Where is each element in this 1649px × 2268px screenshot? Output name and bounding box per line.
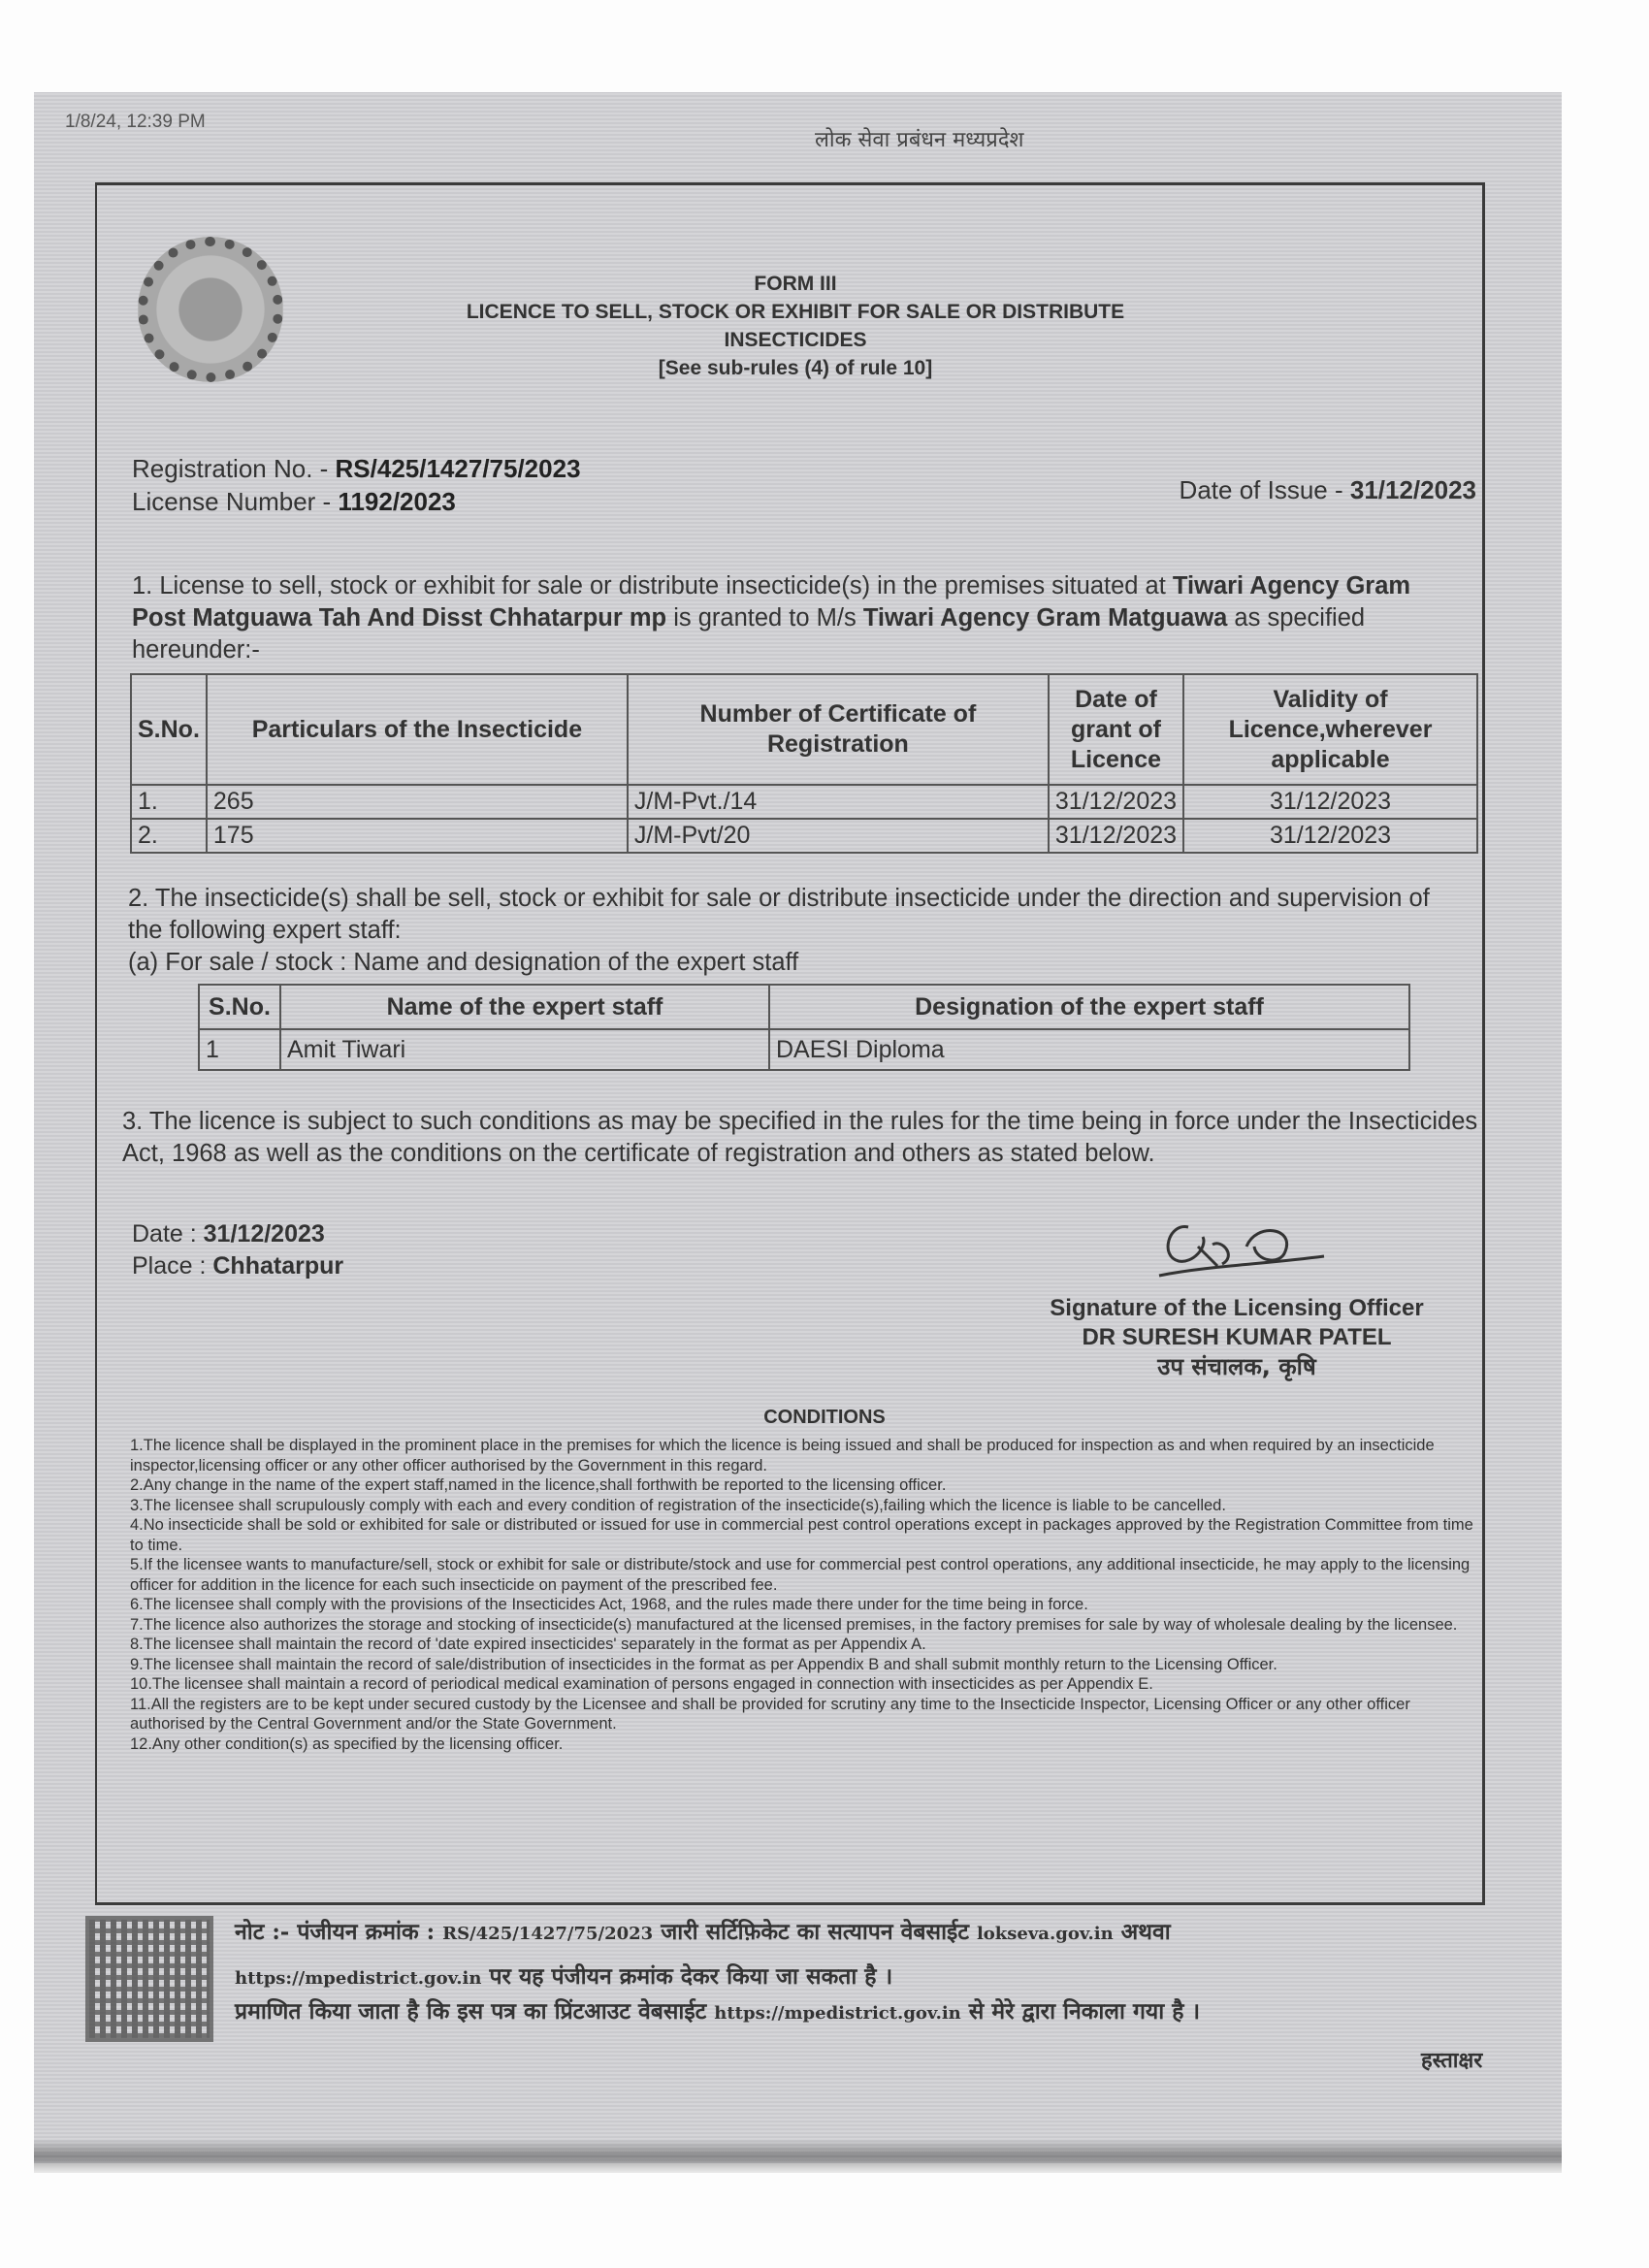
place-label: Place : bbox=[132, 1252, 212, 1280]
cell-staff-name: Amit Tiwari bbox=[280, 1029, 769, 1070]
date-place-block: Date : 31/12/2023 Place : Chhatarpur bbox=[132, 1218, 343, 1282]
date-value: 31/12/2023 bbox=[204, 1220, 325, 1247]
rule-reference: [See sub-rules (4) of rule 10] bbox=[369, 354, 1222, 382]
condition-item: 4.No insecticide shall be sold or exhibi… bbox=[130, 1515, 1488, 1555]
col-particulars: Particulars of the Insecticide bbox=[207, 674, 628, 785]
cell-designation: DAESI Diploma bbox=[769, 1029, 1409, 1070]
section-2-text: 2. The insecticide(s) shall be sell, sto… bbox=[128, 883, 1467, 979]
licensee-name: Tiwari Agency Gram Matguawa bbox=[863, 604, 1228, 632]
section-3-line1: 3. The licence is subject to such condit… bbox=[122, 1106, 1500, 1138]
section-1-intro: 1. License to sell, stock or exhibit for… bbox=[132, 572, 1173, 599]
note-line2: पर यह पंजीयन क्रमांक देकर किया जा सकता ह… bbox=[481, 1963, 892, 1990]
registration-label: Registration No. - bbox=[132, 454, 336, 483]
cell-particulars: 265 bbox=[207, 785, 628, 819]
section-1-mid: is granted to M/s bbox=[666, 604, 863, 632]
conditions-list: 1.The licence shall be displayed in the … bbox=[130, 1436, 1488, 1754]
signature-block: Signature of the Licensing Officer DR SU… bbox=[1009, 1294, 1465, 1381]
cell-certificate: J/M-Pvt/20 bbox=[628, 819, 1049, 853]
date-label: Date : bbox=[132, 1220, 204, 1247]
form-title-block: FORM III LICENCE TO SELL, STOCK OR EXHIB… bbox=[369, 270, 1222, 382]
col-validity: Validity of Licence,wherever applicable bbox=[1183, 674, 1477, 785]
handwritten-signature-icon bbox=[1149, 1217, 1334, 1285]
cert-text-end: से मेरे द्वारा निकाला गया है । bbox=[961, 1998, 1200, 2025]
mpedistrict-link[interactable]: https://mpedistrict.gov.in bbox=[235, 1968, 481, 1989]
condition-item: 2.Any change in the name of the expert s… bbox=[130, 1475, 1488, 1496]
condition-item: 11.All the registers are to be kept unde… bbox=[130, 1695, 1488, 1734]
condition-item: 7.The licence also authorizes the storag… bbox=[130, 1615, 1488, 1636]
issue-date-label: Date of Issue - bbox=[1180, 475, 1350, 504]
note-prefix: नोट :- पंजीयन क्रमांक : bbox=[235, 1919, 442, 1945]
condition-item: 10.The licensee shall maintain a record … bbox=[130, 1674, 1488, 1695]
issue-date-block: Date of Issue - 31/12/2023 bbox=[1180, 475, 1476, 505]
expert-staff-table: S.No. Name of the expert staff Designati… bbox=[198, 984, 1410, 1071]
note-or: अथवा bbox=[1114, 1919, 1171, 1945]
cell-grant-date: 31/12/2023 bbox=[1049, 785, 1183, 819]
cell-certificate: J/M-Pvt./14 bbox=[628, 785, 1049, 819]
condition-item: 8.The licensee shall maintain the record… bbox=[130, 1635, 1488, 1655]
print-timestamp: 1/8/24, 12:39 PM bbox=[65, 112, 206, 133]
emblem-seal-icon bbox=[138, 237, 283, 382]
col-designation: Designation of the expert staff bbox=[769, 985, 1409, 1029]
cell-sno: 1 bbox=[199, 1029, 280, 1070]
note-reg-number: RS/425/1427/75/2023 bbox=[442, 1924, 653, 1944]
portal-header: लोक सेवा प्रबंधन मध्यप्रदेश bbox=[815, 124, 1023, 153]
cell-validity: 31/12/2023 bbox=[1183, 785, 1477, 819]
table-header-row: S.No. Name of the expert staff Designati… bbox=[199, 985, 1409, 1029]
condition-item: 5.If the licensee wants to manufacture/s… bbox=[130, 1555, 1488, 1595]
registration-block: Registration No. - RS/425/1427/75/2023 L… bbox=[132, 452, 581, 518]
officer-name: DR SURESH KUMAR PATEL bbox=[1009, 1323, 1465, 1352]
issue-date: 31/12/2023 bbox=[1350, 475, 1476, 504]
col-sno: S.No. bbox=[199, 985, 280, 1029]
condition-item: 1.The licence shall be displayed in the … bbox=[130, 1436, 1488, 1475]
signature-label: Signature of the Licensing Officer bbox=[1009, 1294, 1465, 1323]
officer-designation: उप संचालक, कृषि bbox=[1009, 1352, 1465, 1381]
section-2-body: 2. The insecticide(s) shall be sell, sto… bbox=[128, 883, 1467, 947]
form-title-line2: INSECTICIDES bbox=[369, 326, 1222, 354]
cell-sno: 1. bbox=[131, 785, 207, 819]
section-3-line2: Act, 1968 as well as the conditions on t… bbox=[122, 1138, 1500, 1170]
table-row: 1 Amit Tiwari DAESI Diploma bbox=[199, 1029, 1409, 1070]
cert-site-link[interactable]: https://mpedistrict.gov.in bbox=[714, 2003, 960, 2024]
verification-note: नोट :- पंजीयन क्रमांक : RS/425/1427/75/2… bbox=[235, 1911, 1418, 2000]
col-certificate: Number of Certificate of Registration bbox=[628, 674, 1049, 785]
insecticide-table: S.No. Particulars of the Insecticide Num… bbox=[130, 673, 1478, 854]
col-sno: S.No. bbox=[131, 674, 207, 785]
registration-number: RS/425/1427/75/2023 bbox=[336, 454, 581, 483]
torn-edge bbox=[34, 2139, 1562, 2173]
cert-text: प्रमाणित किया जाता है कि इस पत्र का प्रि… bbox=[235, 1998, 714, 2025]
condition-item: 9.The licensee shall maintain the record… bbox=[130, 1655, 1488, 1675]
cell-sno: 2. bbox=[131, 819, 207, 853]
table-row: 2. 175 J/M-Pvt/20 31/12/2023 31/12/2023 bbox=[131, 819, 1477, 853]
note-text: जारी सर्टिफ़िकेट का सत्यापन वेबसाईट bbox=[653, 1919, 977, 1945]
col-grant-date: Date of grant of Licence bbox=[1049, 674, 1183, 785]
certification-line: प्रमाणित किया जाता है कि इस पत्र का प्रि… bbox=[235, 1994, 1418, 2025]
col-staff-name: Name of the expert staff bbox=[280, 985, 769, 1029]
table-header-row: S.No. Particulars of the Insecticide Num… bbox=[131, 674, 1477, 785]
license-number: 1192/2023 bbox=[338, 487, 455, 516]
cell-particulars: 175 bbox=[207, 819, 628, 853]
license-label: License Number - bbox=[132, 487, 338, 516]
condition-item: 12.Any other condition(s) as specified b… bbox=[130, 1734, 1488, 1755]
condition-item: 3.The licensee shall scrupulously comply… bbox=[130, 1496, 1488, 1516]
table-row: 1. 265 J/M-Pvt./14 31/12/2023 31/12/2023 bbox=[131, 785, 1477, 819]
section-2-sub-a: (a) For sale / stock : Name and designat… bbox=[128, 947, 1467, 979]
section-3-text: 3. The licence is subject to such condit… bbox=[122, 1106, 1500, 1170]
qr-code-icon bbox=[85, 1916, 213, 2042]
place-value: Chhatarpur bbox=[212, 1252, 343, 1280]
cell-validity: 31/12/2023 bbox=[1183, 819, 1477, 853]
condition-item: 6.The licensee shall comply with the pro… bbox=[130, 1595, 1488, 1615]
cell-grant-date: 31/12/2023 bbox=[1049, 819, 1183, 853]
form-number: FORM III bbox=[369, 270, 1222, 298]
conditions-title: CONDITIONS bbox=[0, 1407, 1649, 1429]
section-1-text: 1. License to sell, stock or exhibit for… bbox=[132, 570, 1441, 666]
lokseva-link[interactable]: lokseva.gov.in bbox=[977, 1924, 1114, 1944]
signature-label-hindi: हस्ताक्षर bbox=[1421, 2045, 1482, 2074]
form-title: LICENCE TO SELL, STOCK OR EXHIBIT FOR SA… bbox=[369, 298, 1222, 326]
